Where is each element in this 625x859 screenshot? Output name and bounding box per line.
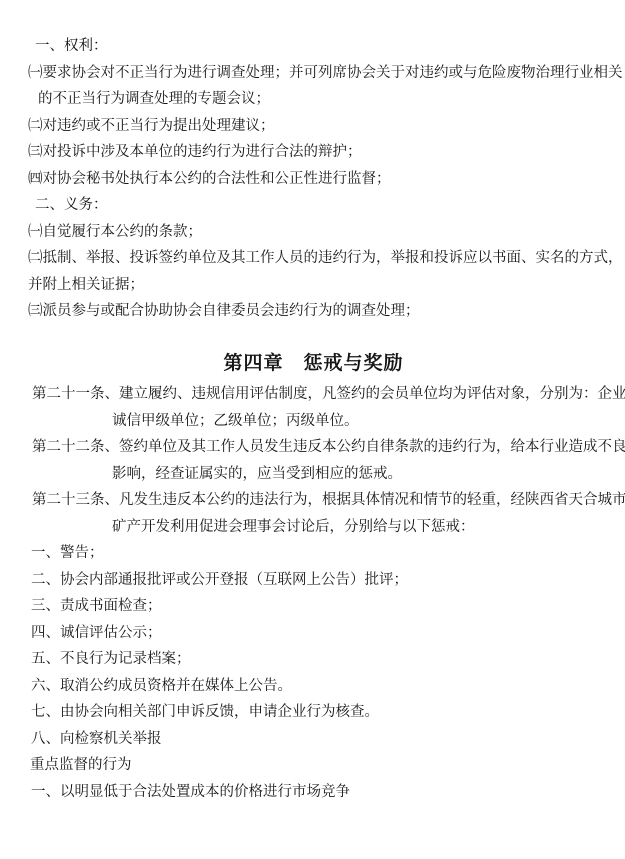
article-line: 第二十二条、签约单位及其工作人员发生违反本公约自律条款的违约行为，给本行业造成不… (28, 434, 613, 461)
article-line: 第二十三条、凡发生违反本公约的违法行为，根据具体情况和情节的轻重，经陕西省天合城… (28, 487, 613, 514)
continuation-line: 矿产开发利用促进会理事会讨论后，分别给与以下惩戒： (28, 514, 613, 541)
list-item: 四、诚信评估公示； (28, 620, 613, 647)
list-item: 一、以明显低于合法处置成本的价格进行市场竞争 (28, 779, 613, 806)
clause-line: ㈠自觉履行本公约的条款； (28, 219, 613, 246)
document-body: 一、权利：㈠要求协会对不正当行为进行调查处理；并可列席协会关于对违约或与危险废物… (28, 33, 613, 805)
list-item: 一、警告； (28, 540, 613, 567)
clause-line: ㈢对投诉中涉及本单位的违约行为进行合法的辩护； (28, 139, 613, 166)
clause-line: ㈠要求协会对不正当行为进行调查处理；并可列席协会关于对违约或与危险废物治理行业相… (28, 60, 613, 87)
continuation-line: 的不正当行为调查处理的专题会议； (28, 86, 613, 113)
continuation-line: 诚信甲级单位；乙级单位；丙级单位。 (28, 408, 613, 435)
continuation-line: 影响，经查证属实的，应当受到相应的惩戒。 (28, 461, 613, 488)
list-item: 三、责成书面检查； (28, 593, 613, 620)
clause-line: ㈡抵制、举报、投诉签约单位及其工作人员的违约行为，举报和投诉应以书面、实名的方式… (28, 245, 613, 272)
section-subheading: 二、义务： (28, 192, 613, 219)
list-item: 六、取消公约成员资格并在媒体上公告。 (28, 673, 613, 700)
chapter-heading: 第四章 惩戒与奖励 (28, 351, 613, 378)
list-item: 二、协会内部通报批评或公开登报（互联网上公告）批评； (28, 567, 613, 594)
label-line: 重点监督的行为 (28, 752, 613, 779)
document-page: 一、权利：㈠要求协会对不正当行为进行调查处理；并可列席协会关于对违约或与危险废物… (0, 0, 625, 859)
list-item: 五、不良行为记录档案； (28, 646, 613, 673)
section-subheading: 一、权利： (28, 33, 613, 60)
list-item: 七、由协会向相关部门申诉反馈，申请企业行为核查。 (28, 699, 613, 726)
clause-line: 并附上相关证据； (28, 272, 613, 299)
clause-line: ㈡对违约或不正当行为提出处理建议； (28, 113, 613, 140)
clause-line: ㈢派员参与或配合协助协会自律委员会违约行为的调查处理； (28, 298, 613, 325)
article-line: 第二十一条、建立履约、违规信用评估制度，凡签约的会员单位均为评估对象，分别为：企… (28, 381, 613, 408)
list-item: 八、向检察机关举报 (28, 726, 613, 753)
clause-line: ㈣对协会秘书处执行本公约的合法性和公正性进行监督； (28, 166, 613, 193)
